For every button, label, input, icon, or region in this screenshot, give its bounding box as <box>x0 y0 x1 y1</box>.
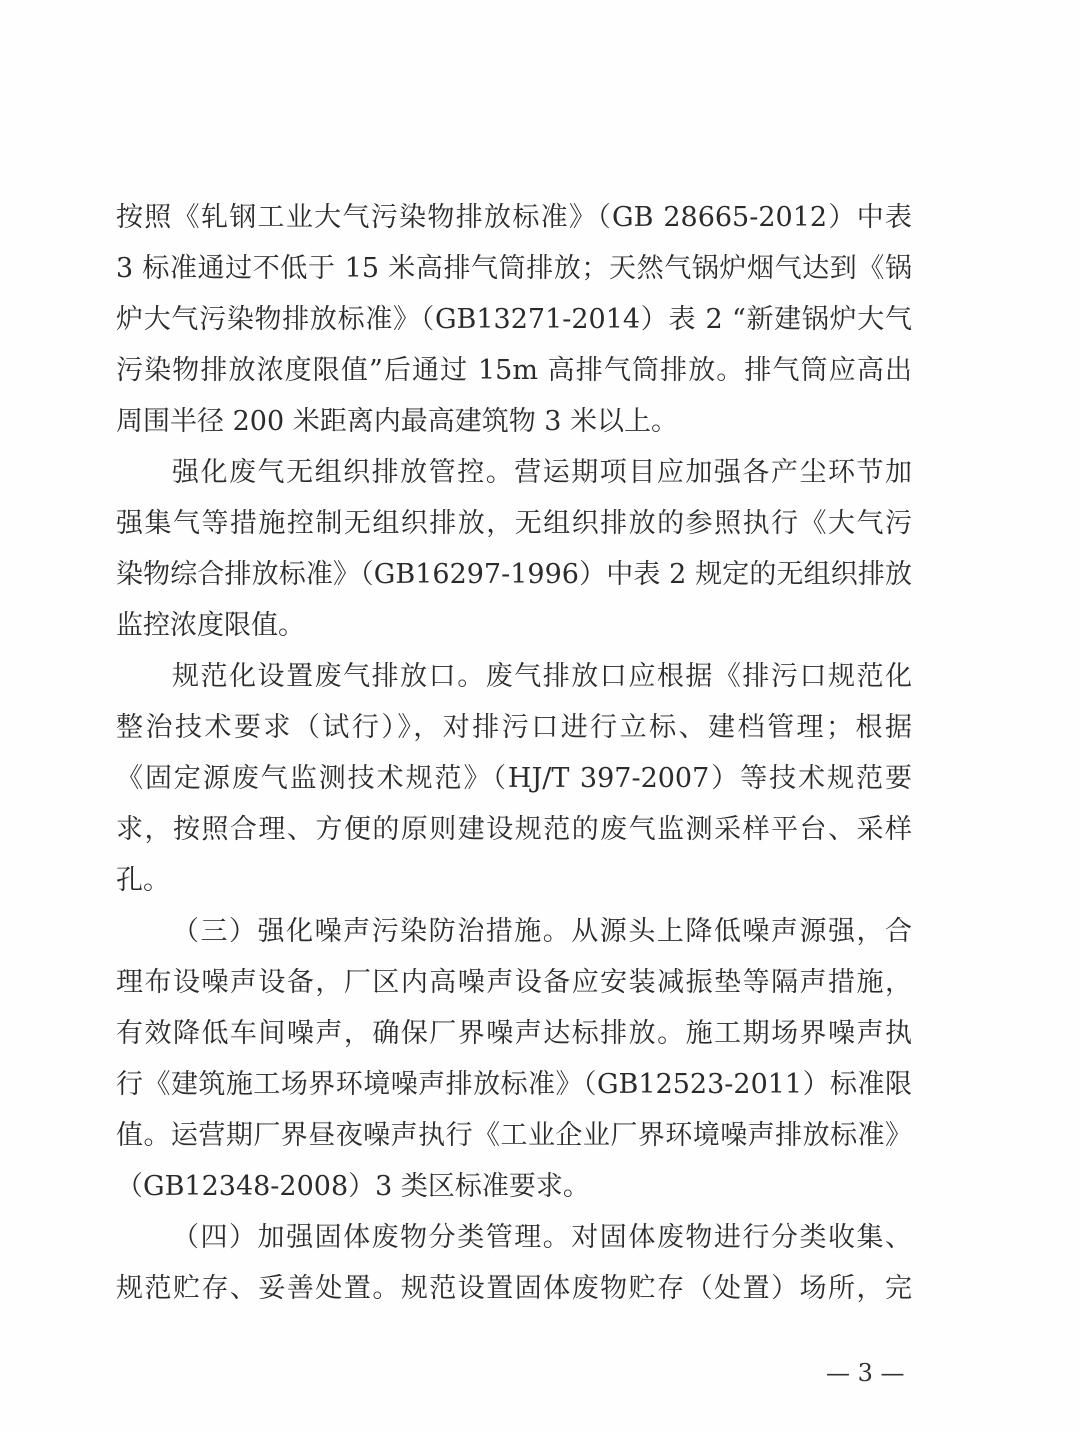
text-line: 值。运营期厂界昼夜噪声执行《工业企业厂界环境噪声排放标准》 <box>116 1116 912 1156</box>
document-page: 按照《轧钢工业大气污染物排放标准》（GB 28665-2012）中表 3 标准通… <box>0 0 1080 1432</box>
text-line: 规范化设置废气排放口。废气排放口应根据《排污口规范化 <box>172 657 912 697</box>
text-line: 按照《轧钢工业大气污染物排放标准》（GB 28665-2012）中表 <box>116 198 912 238</box>
text-line: 强集气等措施控制无组织排放，无组织排放的参照执行《大气污 <box>116 504 912 544</box>
text-line: 炉大气污染物排放标准》（GB13271-2014）表 2 “新建锅炉大气 <box>116 300 912 340</box>
text-line: 染物综合排放标准》（GB16297-1996）中表 2 规定的无组织排放 <box>116 555 912 595</box>
text-line: 强化废气无组织排放管控。营运期项目应加强各产尘环节加 <box>172 453 912 493</box>
text-line: 《固定源废气监测技术规范》（HJ/T 397-2007）等技术规范要 <box>116 759 912 799</box>
text-line: （GB12348-2008）3 类区标准要求。 <box>116 1167 912 1207</box>
text-line: 污染物排放浓度限值”后通过 15m 高排气筒排放。排气筒应高出 <box>116 351 912 391</box>
text-line: 行《建筑施工场界环境噪声排放标准》（GB12523-2011）标准限 <box>116 1065 912 1105</box>
text-line: 整治技术要求（试行）》，对排污口进行立标、建档管理；根据 <box>116 708 912 748</box>
text-line: 孔。 <box>116 861 912 901</box>
text-line: 周围半径 200 米距离内最高建筑物 3 米以上。 <box>116 402 912 442</box>
text-line: 3 标准通过不低于 15 米高排气筒排放；天然气锅炉烟气达到《锅 <box>116 249 912 289</box>
text-line: 有效降低车间噪声，确保厂界噪声达标排放。施工期场界噪声执 <box>116 1014 912 1054</box>
page-number: — 3 — <box>826 1358 926 1388</box>
text-line: （三）强化噪声污染防治措施。从源头上降低噪声源强，合 <box>172 912 912 952</box>
text-line: 理布设噪声设备，厂区内高噪声设备应安装减振垫等隔声措施， <box>116 963 912 1003</box>
text-line: 求，按照合理、方便的原则建设规范的废气监测采样平台、采样 <box>116 810 912 850</box>
text-line: 监控浓度限值。 <box>116 606 912 646</box>
text-line: （四）加强固体废物分类管理。对固体废物进行分类收集、 <box>172 1218 912 1258</box>
text-line: 规范贮存、妥善处置。规范设置固体废物贮存（处置）场所，完 <box>116 1269 912 1309</box>
